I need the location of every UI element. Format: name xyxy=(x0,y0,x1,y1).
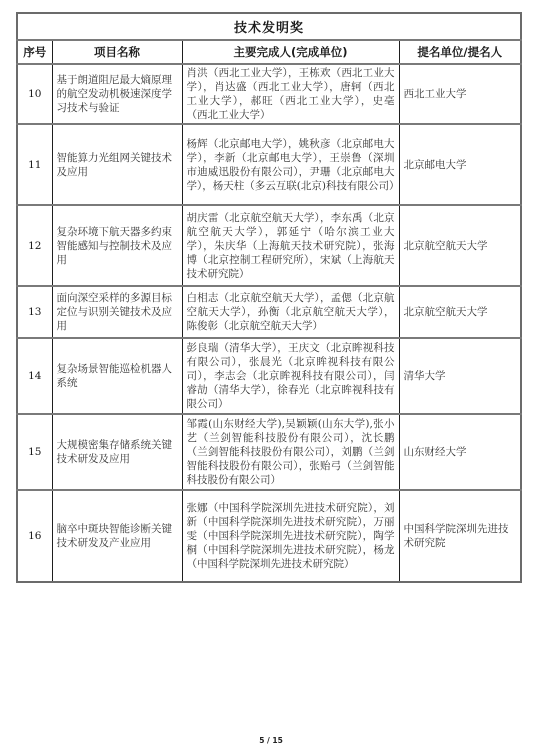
row-number: 11 xyxy=(17,124,52,205)
main-contributors: 邹霞(山东财经大学),吴颖颖(山东大学),张小艺（兰剑智能科技股份有限公司），沈… xyxy=(182,414,399,490)
table-row: 11 智能算力光组网关键技术及应用 杨辉（北京邮电大学），姚秋彦（北京邮电大学）… xyxy=(17,124,521,205)
table-row: 13 面向深空采样的多源目标定位与识别关键技术及应用 白相志（北京航空航天大学）… xyxy=(17,286,521,338)
page-number: 5 / 15 xyxy=(0,736,542,745)
table-row: 16 脑卒中斑块智能诊断关键技术研发及产业应用 张娜（中国科学院深圳先进技术研究… xyxy=(17,490,521,582)
main-contributors: 白相志（北京航空航天大学），孟偲（北京航空航天大学），孙衡（北京航空航天大学），… xyxy=(182,286,399,338)
header-nominator: 提名单位/提名人 xyxy=(399,40,521,64)
nominating-unit: 北京航空航天大学 xyxy=(399,205,521,286)
project-name: 面向深空采样的多源目标定位与识别关键技术及应用 xyxy=(52,286,182,338)
project-name: 复杂环境下航天器多约束智能感知与控制技术及应用 xyxy=(52,205,182,286)
row-number: 10 xyxy=(17,64,52,124)
main-contributors: 彭良瑞（清华大学），王庆文（北京眸视科技有限公司），张晨光（北京眸视科技有限公司… xyxy=(182,338,399,414)
award-table: 技术发明奖 序号 项目名称 主要完成人(完成单位) 提名单位/提名人 10 基于… xyxy=(16,12,522,583)
main-contributors: 肖洪（西北工业大学），王栋欢（西北工业大学），肖达盛（西北工业大学），唐轲（西北… xyxy=(182,64,399,124)
project-name: 脑卒中斑块智能诊断关键技术研发及产业应用 xyxy=(52,490,182,582)
header-people: 主要完成人(完成单位) xyxy=(182,40,399,64)
project-name: 基于朗道阻尼最大熵原理的航空发动机极速深度学习技术与验证 xyxy=(52,64,182,124)
project-name: 智能算力光组网关键技术及应用 xyxy=(52,124,182,205)
nominating-unit: 西北工业大学 xyxy=(399,64,521,124)
nominating-unit: 北京邮电大学 xyxy=(399,124,521,205)
project-name: 复杂场景智能巡检机器人系统 xyxy=(52,338,182,414)
table-row: 10 基于朗道阻尼最大熵原理的航空发动机极速深度学习技术与验证 肖洪（西北工业大… xyxy=(17,64,521,124)
main-contributors: 胡庆雷（北京航空航天大学），李东禹（北京航空航天大学），郭延宁（哈尔滨工业大学）… xyxy=(182,205,399,286)
table-row: 14 复杂场景智能巡检机器人系统 彭良瑞（清华大学），王庆文（北京眸视科技有限公… xyxy=(17,338,521,414)
document-page: 技术发明奖 序号 项目名称 主要完成人(完成单位) 提名单位/提名人 10 基于… xyxy=(0,0,542,756)
nominating-unit: 山东财经大学 xyxy=(399,414,521,490)
header-project: 项目名称 xyxy=(52,40,182,64)
project-name: 大规模密集存储系统关键技术研发及应用 xyxy=(52,414,182,490)
nominating-unit: 清华大学 xyxy=(399,338,521,414)
row-number: 12 xyxy=(17,205,52,286)
row-number: 16 xyxy=(17,490,52,582)
nominating-unit: 北京航空航天大学 xyxy=(399,286,521,338)
row-number: 15 xyxy=(17,414,52,490)
row-number: 14 xyxy=(17,338,52,414)
nominating-unit: 中国科学院深圳先进技术研究院 xyxy=(399,490,521,582)
table-row: 12 复杂环境下航天器多约束智能感知与控制技术及应用 胡庆雷（北京航空航天大学）… xyxy=(17,205,521,286)
table-title: 技术发明奖 xyxy=(17,13,521,40)
main-contributors: 张娜（中国科学院深圳先进技术研究院），刘新（中国科学院深圳先进技术研究院），万丽… xyxy=(182,490,399,582)
table-row: 15 大规模密集存储系统关键技术研发及应用 邹霞(山东财经大学),吴颖颖(山东大… xyxy=(17,414,521,490)
main-contributors: 杨辉（北京邮电大学），姚秋彦（北京邮电大学），李新（北京邮电大学），王崇鲁（深圳… xyxy=(182,124,399,205)
header-row: 序号 项目名称 主要完成人(完成单位) 提名单位/提名人 xyxy=(17,40,521,64)
header-no: 序号 xyxy=(17,40,52,64)
row-number: 13 xyxy=(17,286,52,338)
